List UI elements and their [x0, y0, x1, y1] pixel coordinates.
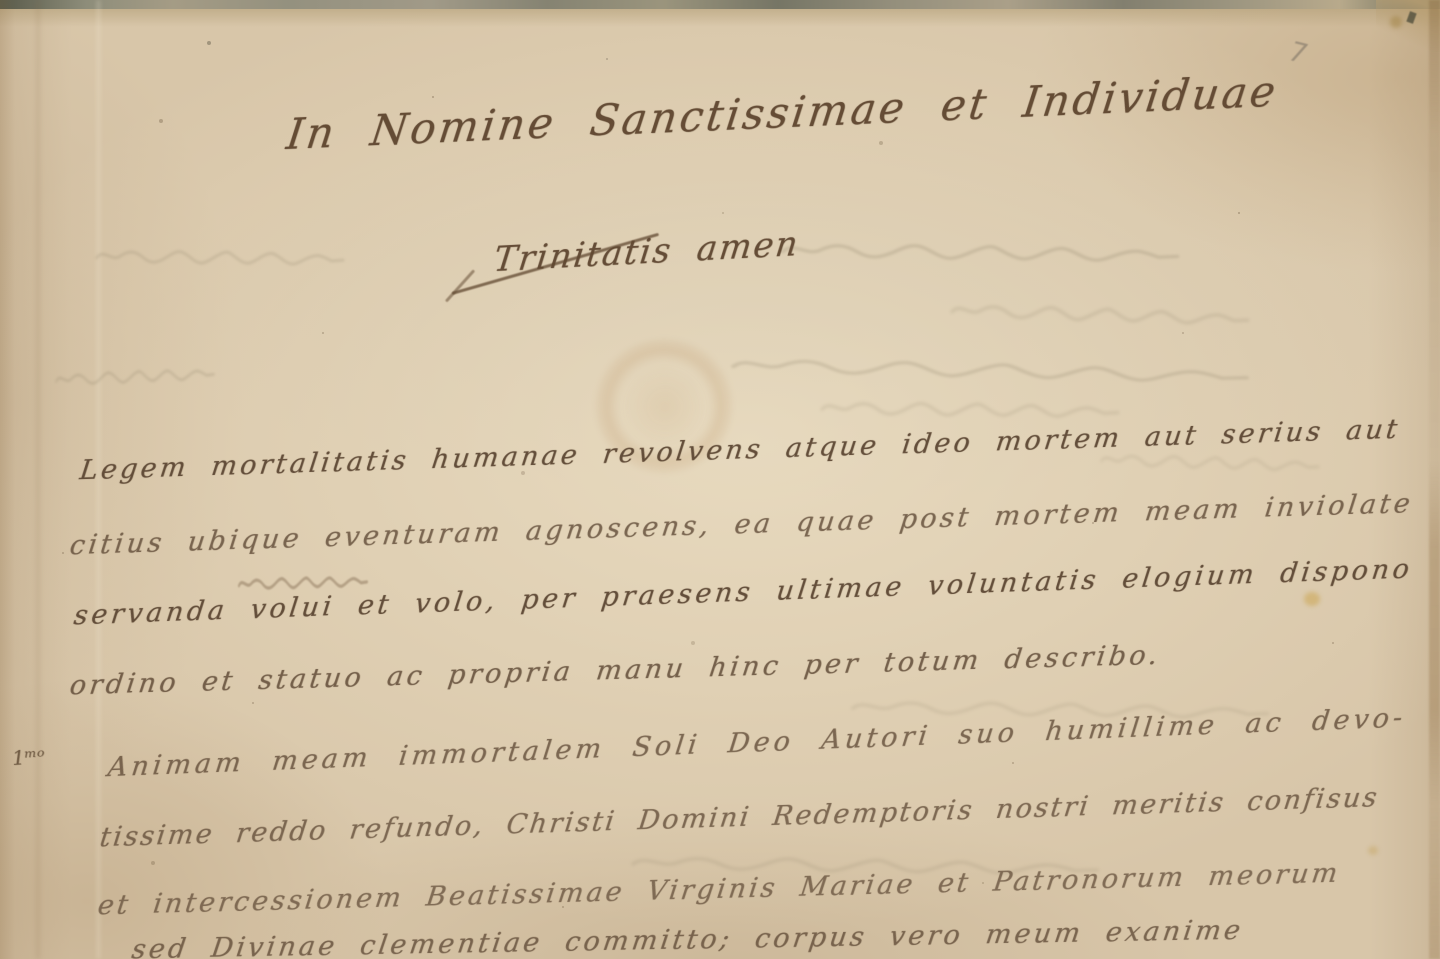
scan-top-edge-fade	[0, 9, 1440, 27]
bleedthrough-writing	[95, 244, 345, 272]
paper-stain	[1304, 592, 1320, 606]
paper-right-edge	[1429, 0, 1440, 959]
paper-specks	[0, 0, 2, 2]
paper-stain	[1368, 846, 1378, 855]
bleedthrough-writing	[730, 351, 1251, 391]
paper-stain	[1390, 16, 1402, 28]
manuscript-page: 7 In Nomine Sanctissimae et Individuae T…	[0, 0, 1440, 959]
paragraph2-line1: Animam meam immortalem Soli Deo Autori s…	[106, 702, 1408, 783]
paragraph1-line3: servanda volui et volo, per praesens ult…	[72, 553, 1414, 631]
bleedthrough-writing	[950, 298, 1251, 332]
bleedthrough-writing	[55, 363, 216, 391]
bleedthrough-writing	[820, 395, 1120, 424]
heading-line-1: In Nomine Sanctissimae et Individuae	[284, 67, 1281, 160]
paper-left-edge	[0, 0, 15, 959]
paragraph2-item-marker: 1ᵐᵒ	[11, 744, 45, 770]
paper-fold-crease	[36, 0, 40, 959]
scan-top-edge	[0, 0, 1440, 9]
folio-page-number: 7	[1283, 37, 1311, 70]
paragraph2-line2: tissime reddo refundo, Christi Domini Re…	[98, 782, 1381, 853]
paragraph1-line2: citius ubique eventuram agnoscens, ea qu…	[68, 488, 1415, 561]
paragraph2-line4-clipped: sed Divinae clementiae committo; corpus …	[130, 915, 1246, 959]
bleedthrough-writing	[780, 237, 1180, 270]
heading-line-2: Trinitatis amen	[492, 224, 802, 280]
paragraph1-line4: ordino et statuo ac propria manu hinc pe…	[68, 639, 1163, 701]
